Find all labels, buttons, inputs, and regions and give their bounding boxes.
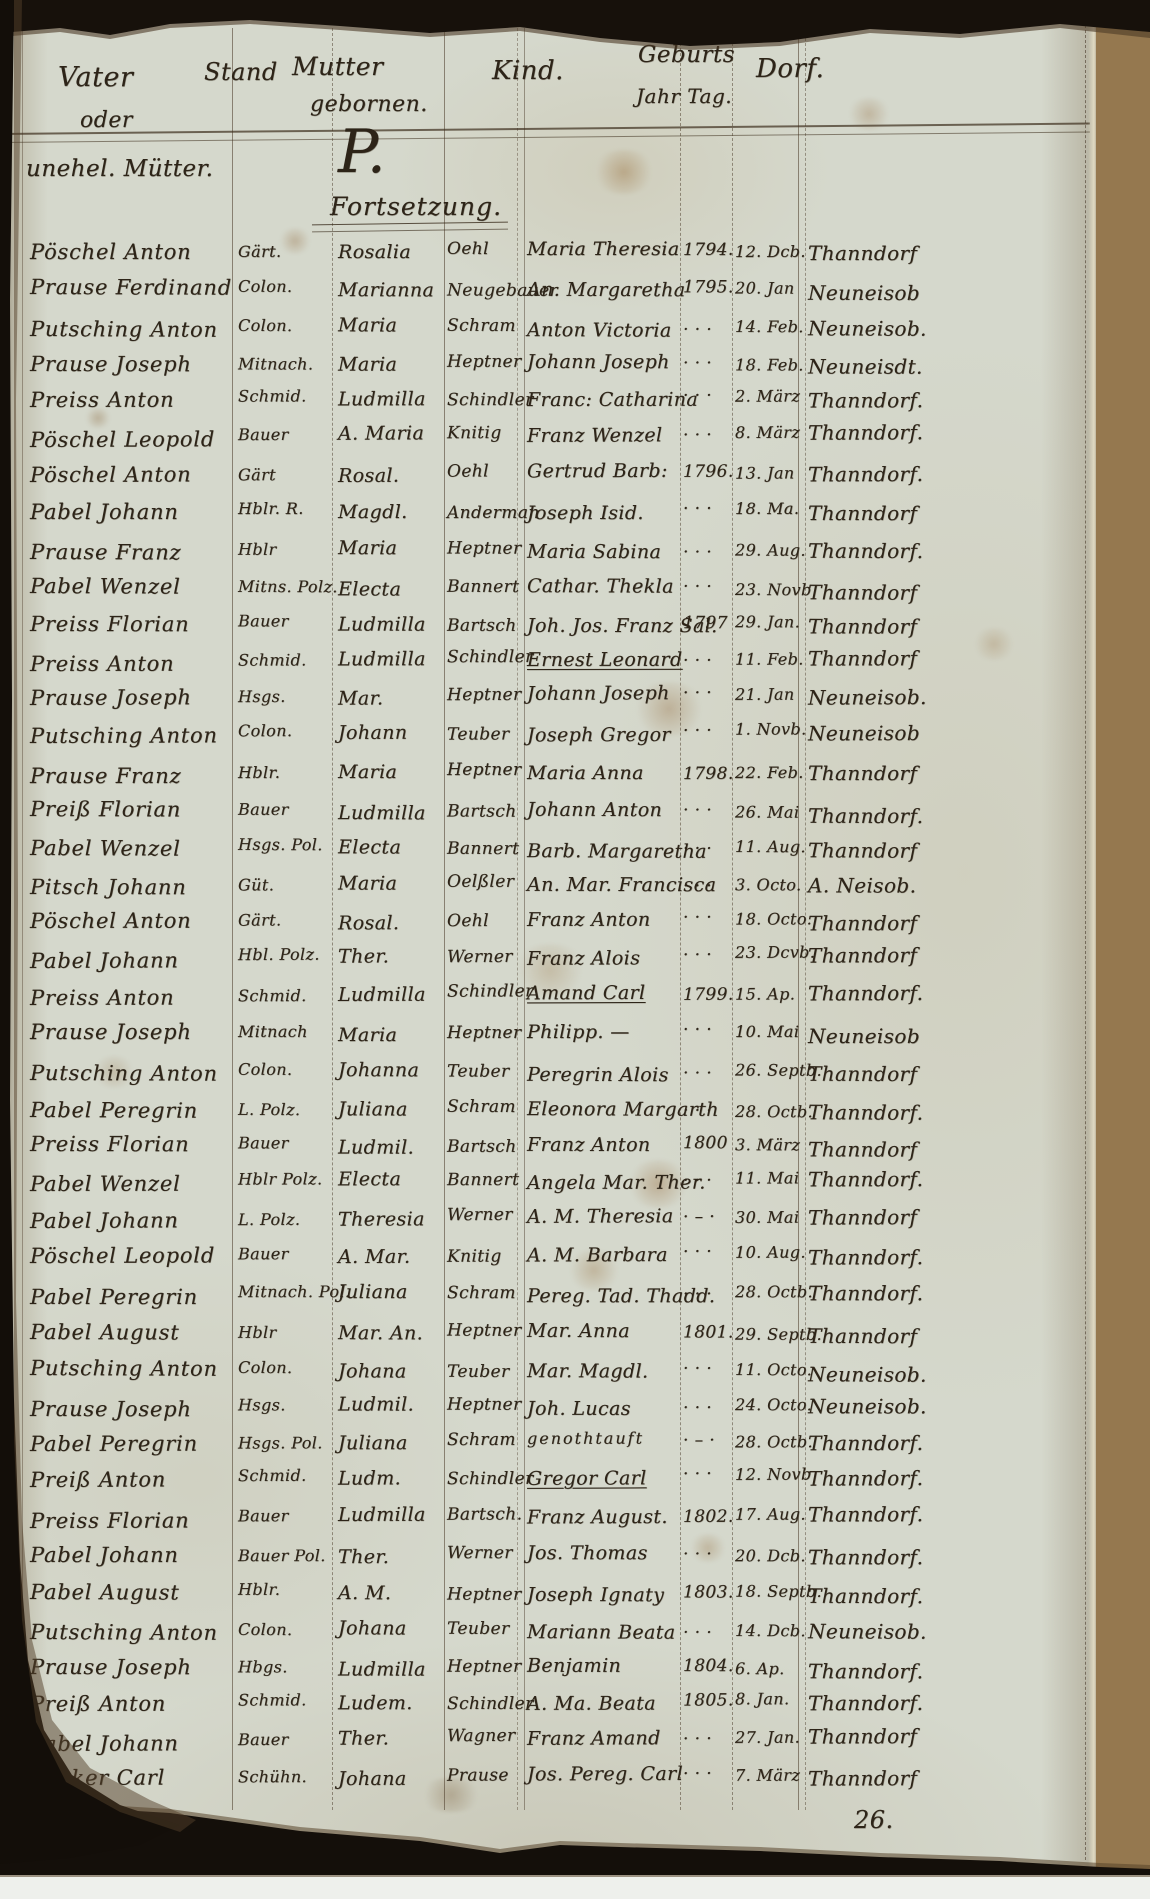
cell-kind: Mar. Magdl. <box>527 1360 649 1383</box>
register-page-scan: Vater oder Stand Mutter gebornen. Kind. … <box>0 0 1150 1899</box>
table-row: Preiss FlorianBauerLudmil.BartschFranz A… <box>0 1130 1090 1170</box>
cell-vater: Putsching Anton <box>30 1356 218 1381</box>
cell-mutter-surname: Bannert <box>447 577 519 597</box>
cell-dorf: Thanndorf. <box>808 1168 923 1192</box>
cell-stand: Bauer <box>238 1730 289 1749</box>
cell-mutter-name: Magdl. <box>338 501 408 523</box>
cell-dorf: Thanndorf. <box>808 981 923 1005</box>
cell-birth-year: · · · <box>683 1729 712 1749</box>
table-row: Pabel JohannHblr. R.Magdl.AndermanJoseph… <box>0 497 1090 535</box>
cell-birth-day: 6. Ap. <box>735 1658 785 1677</box>
cell-dorf: Thanndorf. <box>808 1244 923 1268</box>
cell-birth-year: · · · <box>683 650 712 670</box>
table-row: Pabel WenzelHsgs. Pol.ElectaBannertBarb.… <box>0 832 1090 875</box>
cell-kind: Barb. Margaretha <box>527 840 707 863</box>
cell-mutter-name: Johanna <box>338 1059 419 1081</box>
cell-birth-day: 11. Feb. <box>735 649 804 668</box>
table-row: Prause JosephMitnachMariaHeptnerPhilipp.… <box>0 1018 1090 1056</box>
table-row: Prause FerdinandColon.MariannaNeugebauer… <box>0 273 1090 315</box>
cell-mutter-surname: Anderman <box>447 503 540 523</box>
table-row: Putsching AntonColon.JohanaTeuberMariann… <box>0 1614 1090 1657</box>
cell-dorf: Neuneisob. <box>808 1620 927 1644</box>
cell-kind: Benjamin <box>527 1654 621 1676</box>
cell-birth-year: · · · <box>683 319 712 339</box>
cell-kind: Jos. Thomas <box>527 1542 648 1564</box>
cell-dorf: Thanndorf. <box>808 388 923 412</box>
cell-vater: Prause Joseph <box>30 1397 192 1421</box>
cell-vater: Prause Franz <box>30 540 182 565</box>
table-row: Pabel JohannBauer Pol.Ther.WernerJos. Th… <box>0 1540 1090 1578</box>
cell-stand: Hbgs. <box>238 1657 288 1676</box>
cell-stand: Bauer Pol. <box>238 1545 326 1564</box>
cell-dorf: Thanndorf <box>808 760 917 784</box>
book-fore-edge <box>1096 0 1150 1899</box>
cell-dorf: Neuneisob. <box>808 685 927 710</box>
cell-dorf: Neuneisob <box>808 1024 920 1048</box>
cell-dorf: Thanndorf <box>808 1324 917 1348</box>
cell-mutter-name: Ther. <box>338 945 389 967</box>
cell-birth-year: · · · <box>683 683 712 703</box>
cell-vater: Prause Joseph <box>30 351 192 375</box>
cell-mutter-name: Electa <box>338 578 401 600</box>
cell-kind: Johann Joseph <box>527 351 670 373</box>
cell-vater: Putsching Anton <box>30 1061 218 1086</box>
cell-birth-year: · · · <box>683 577 712 597</box>
cell-birth-day: 18. Octo. <box>735 909 812 928</box>
cell-stand: Schmid. <box>238 1466 307 1485</box>
table-row: Putsching AntonColon.JohannaTeuberPeregr… <box>0 1055 1090 1097</box>
cell-birth-year: · · · <box>683 1544 712 1564</box>
cell-mutter-surname: Heptner <box>447 760 522 780</box>
cell-stand: Schmid. <box>238 1690 307 1709</box>
cell-mutter-surname: Oehl <box>447 911 489 931</box>
cell-birth-day: 7. März <box>735 1766 800 1785</box>
cell-vater: Pöschel Anton <box>30 908 192 932</box>
cell-vater: Preiß Anton <box>30 1467 166 1492</box>
cell-mutter-name: Maria <box>338 1024 397 1046</box>
cell-vater: Preiss Florian <box>30 612 190 636</box>
cell-kind: Franz Anton <box>527 908 651 930</box>
cell-stand: Colon. <box>238 1059 292 1078</box>
cell-mutter-name: Johana <box>338 1360 407 1382</box>
cell-kind: Joseph Gregor <box>527 724 671 746</box>
cell-dorf: Thanndorf <box>808 1724 917 1748</box>
cell-birth-day: 15. Ap. <box>735 984 795 1003</box>
cell-mutter-surname: Heptner <box>447 1656 522 1676</box>
cell-mutter-surname: Teuber <box>447 724 510 744</box>
table-row: Prause JosephHsgs.Mar.HeptnerJohann Jose… <box>0 678 1090 721</box>
cell-mutter-surname: Schindler <box>447 1469 534 1489</box>
cell-dorf: Neuneisob. <box>808 316 927 340</box>
cell-mutter-surname: Bannert <box>447 1170 519 1190</box>
cell-vater: Preiss Florian <box>30 1508 190 1533</box>
cell-birth-day: 29. Jan. <box>735 612 800 631</box>
cell-vater: Preiss Anton <box>30 651 174 675</box>
cell-birth-year: · · · <box>683 499 712 519</box>
cell-birth-year: · · · <box>683 721 712 741</box>
cell-birth-day: 26. Mai <box>735 802 799 821</box>
cell-birth-day: 3. Octo. <box>735 876 802 895</box>
cell-birth-year: 1801. <box>683 1323 734 1343</box>
cell-mutter-name: Rosalia <box>338 241 411 263</box>
cell-birth-year: 1804. <box>683 1656 734 1676</box>
cell-mutter-surname: Bannert <box>447 839 519 859</box>
table-row: Peuker CarlSchühn.JohanaPrauseJos. Pereg… <box>0 1760 1090 1801</box>
cell-birth-year: · · · <box>683 945 712 965</box>
cell-mutter-surname: Werner <box>447 946 513 966</box>
cell-birth-year: · – · <box>683 1206 715 1226</box>
cell-dorf: Neuneisdt. <box>808 354 923 378</box>
cell-stand: Colon. <box>238 1357 293 1376</box>
cell-mutter-name: Ludmilla <box>338 389 426 411</box>
cell-mutter-surname: Schindler <box>447 1693 534 1713</box>
table-row: Preiss FlorianBauerLudmillaBartschJoh. J… <box>0 608 1090 648</box>
cell-mutter-surname: Werner <box>447 1543 513 1563</box>
cell-birth-year: · – · <box>683 1430 715 1450</box>
cell-stand: Mitnach. Pol. <box>238 1282 350 1301</box>
cell-mutter-name: Ther. <box>338 1545 389 1567</box>
cell-birth-year: · · · <box>683 800 712 820</box>
cell-mutter-surname: Oelßler <box>447 872 514 892</box>
cell-birth-year: · · · <box>683 542 712 562</box>
cell-vater: Pöschel Leopold <box>30 1243 215 1268</box>
cell-stand: Schmid. <box>238 986 307 1005</box>
cell-mutter-name: Electa <box>338 1169 401 1191</box>
cell-vater: Prause Joseph <box>30 1654 192 1678</box>
cell-dorf: Thanndorf <box>808 911 917 935</box>
cell-stand: Hblr. <box>238 763 280 782</box>
table-row: Preiss AntonSchmid.LudmillaSchindlerFran… <box>0 383 1090 423</box>
cell-birth-day: 11. Octo. <box>735 1359 812 1378</box>
cell-mutter-name: Juliana <box>338 1433 408 1455</box>
cell-mutter-name: Johana <box>338 1768 407 1790</box>
cell-mutter-name: Mar. An. <box>338 1322 423 1344</box>
cell-birth-year: · · · <box>683 1021 712 1041</box>
cell-dorf: Thanndorf <box>808 646 917 670</box>
cell-birth-year: 1797 <box>683 613 728 633</box>
cell-kind: Joseph Isid. <box>527 502 644 524</box>
cell-dorf: Thanndorf <box>808 501 917 525</box>
cell-mutter-name: A. Maria <box>338 423 424 445</box>
cell-stand: Schmid. <box>238 387 307 406</box>
cell-birth-year: · · · <box>683 1764 712 1784</box>
cell-vater: Prause Joseph <box>30 1020 192 1044</box>
cell-birth-day: 8. Jan. <box>735 1689 790 1708</box>
cell-birth-day: 17. Aug. <box>735 1504 806 1523</box>
cell-stand: Bauer <box>238 1134 289 1153</box>
cell-mutter-name: Theresia <box>338 1207 425 1229</box>
cell-mutter-name: Mar. <box>338 687 384 709</box>
cell-vater: Pöschel Leopold <box>30 428 215 453</box>
cell-vater: Pabel Peregrin <box>30 1431 198 1455</box>
cell-mutter-surname: Knitig <box>447 1246 502 1266</box>
cell-stand: Hblr <box>238 539 277 558</box>
cell-vater: Pabel Wenzel <box>30 836 181 861</box>
cell-mutter-surname: Heptner <box>447 1395 522 1415</box>
cell-vater: Pabel Johann <box>30 948 179 973</box>
cell-birth-year: · · · <box>683 425 712 445</box>
cell-stand: Colon. <box>238 721 292 740</box>
table-row: Pabel PeregrinMitnach. Pol.JulianaSchram… <box>0 1279 1090 1317</box>
cell-kind: A. Ma. Beata <box>527 1693 656 1715</box>
cell-stand: L. Polz. <box>238 1100 300 1119</box>
cell-vater: Peuker Carl <box>30 1765 165 1789</box>
table-row: Pabel PeregrinHsgs. Pol.JulianaSchramgen… <box>0 1426 1090 1466</box>
cell-stand: Schmid. <box>238 650 307 669</box>
cell-vater: Pabel Peregrin <box>30 1098 198 1123</box>
cell-kind: Angela Mar. Ther. <box>527 1172 706 1194</box>
cell-mutter-surname: Heptner <box>447 1584 522 1604</box>
cell-birth-year: · · · <box>683 1242 712 1262</box>
cell-birth-day: 22. Feb. <box>735 763 804 782</box>
table-row: Pabel AugustHblr.A. M.HeptnerJoseph Igna… <box>0 1577 1090 1619</box>
cell-vater: Pöschel Anton <box>30 462 192 487</box>
cell-mutter-surname: Bartsch. <box>447 1504 522 1524</box>
cell-birth-year: 1794. <box>683 240 734 260</box>
cell-birth-year: · · · <box>683 1397 712 1417</box>
cell-mutter-name: Ludmilla <box>338 648 426 670</box>
cell-birth-day: 30. Mai <box>735 1207 799 1226</box>
cell-birth-day: 18. Feb. <box>735 355 804 374</box>
cell-mutter-name: Johann <box>338 722 408 744</box>
cell-stand: Hbl. Polz. <box>238 945 320 964</box>
cell-kind: Cathar. Thekla <box>527 575 674 598</box>
table-row: Pabel PeregrinL. Polz.JulianaSchramEleon… <box>0 1093 1090 1136</box>
cell-kind: Franz Wenzel <box>527 425 663 448</box>
cell-vater: Pabel August <box>30 1580 180 1605</box>
cell-mutter-surname: Schram <box>447 1097 516 1117</box>
page-number: 26. <box>854 1806 894 1834</box>
cell-vater: Pitsch Johann <box>30 875 187 899</box>
table-row: Prause FranzHblr.MariaHeptnerMaria Anna1… <box>0 757 1090 795</box>
cell-mutter-surname: Bartsch <box>447 1136 517 1156</box>
table-row: Pabel WenzelHblr Polz.ElectaBannertAngel… <box>0 1165 1090 1205</box>
cell-stand: Bauer <box>238 800 289 819</box>
cell-mutter-name: Maria <box>338 314 397 336</box>
cell-stand: Hsgs. Pol. <box>238 1433 323 1452</box>
cell-stand: Hblr Polz. <box>238 1170 322 1189</box>
cell-birth-day: 21. Jan <box>735 685 795 704</box>
cell-birth-day: 23. Novb <box>735 580 812 599</box>
cell-mutter-surname: Schindler <box>447 390 534 410</box>
cell-dorf: Thanndorf. <box>808 1466 923 1491</box>
cell-stand: Bauer <box>238 611 289 630</box>
cell-mutter-name: Juliana <box>338 1098 408 1120</box>
table-row: Prause FranzHblrMariaHeptnerMaria Sabina… <box>0 534 1090 576</box>
cell-kind: Franz August. <box>527 1506 668 1528</box>
cell-birth-year: 1803. <box>683 1582 734 1602</box>
cell-mutter-surname: Oehl <box>447 239 489 259</box>
cell-birth-day: 13. Jan <box>735 463 795 482</box>
cell-vater: Pabel Peregrin <box>30 1285 198 1309</box>
cell-birth-year: 1805. <box>683 1690 734 1710</box>
cell-birth-year: 1796. <box>683 461 734 481</box>
table-row: Pabel WenzelMitns. Polz.ElectaBannertCat… <box>0 571 1090 614</box>
cell-dorf: Thanndorf. <box>808 462 923 486</box>
cell-stand: L. Polz. <box>238 1209 300 1228</box>
table-row: Pitsch JohannGüt.MariaOelßlerAn. Mar. Fr… <box>0 869 1090 909</box>
cell-kind: Ernest Leonard <box>527 649 683 671</box>
cell-birth-day: 8. März <box>735 423 800 442</box>
cell-mutter-surname: Heptner <box>447 685 522 705</box>
cell-kind: Amand Carl <box>527 982 646 1004</box>
cell-kind: Johann Anton <box>527 799 662 821</box>
cell-stand: Colon. <box>238 1620 293 1639</box>
cell-dorf: Neuneisob <box>808 721 920 745</box>
cell-birth-day: 28. Octb. <box>735 1102 813 1121</box>
cell-kind: Franc: Catharina <box>527 388 698 410</box>
cell-vater: Preiß Florian <box>30 797 181 822</box>
cell-mutter-name: Ludmilla <box>338 1658 426 1680</box>
cell-vater: Pabel Johann <box>30 500 179 524</box>
table-row: Pöschel LeopoldBauerA. MariaKnitigFranz … <box>0 418 1090 461</box>
cell-birth-day: 14. Dcb. <box>735 1621 806 1640</box>
cell-birth-day: 20. Jan <box>735 279 795 298</box>
cell-vater: Preiss Florian <box>30 1132 190 1156</box>
cell-dorf: Thanndorf. <box>808 1658 923 1682</box>
cell-mutter-name: Ludmilla <box>338 983 426 1005</box>
cell-mutter-name: A. M. <box>338 1582 391 1604</box>
cell-birth-year: · · · <box>683 876 712 896</box>
cell-mutter-surname: Heptner <box>447 1320 522 1340</box>
cell-birth-day: 10. Mai <box>735 1022 799 1041</box>
table-row: Putsching AntonColon.JohannTeuberJoseph … <box>0 717 1090 759</box>
table-row: Pabel JohannHbl. Polz.Ther.WernerFranz A… <box>0 939 1090 982</box>
cell-kind: Franz Alois <box>527 947 640 969</box>
table-row: Prause JosephHsgs.Ludmil.HeptnerJoh. Luc… <box>0 1391 1090 1431</box>
table-row: Preiss AntonSchmid.LudmillaSchindlerErne… <box>0 644 1090 684</box>
cell-mutter-name: Ludmilla <box>338 613 426 635</box>
cell-birth-year: 1802. <box>683 1506 734 1526</box>
cell-stand: Hsgs. Pol. <box>238 835 323 854</box>
cell-kind: Franz Amand <box>527 1728 661 1751</box>
cell-dorf: Thanndorf. <box>808 804 923 828</box>
cell-birth-year: · · · <box>683 907 712 927</box>
cell-dorf: Thanndorf. <box>808 1545 923 1569</box>
cell-stand: Mitnach <box>238 1022 308 1041</box>
cell-vater: Pabel Johann <box>30 1731 179 1756</box>
cell-mutter-surname: Heptner <box>447 352 522 372</box>
cell-birth-year: 1795. <box>683 278 734 298</box>
cell-mutter-surname: Schindler <box>447 647 534 667</box>
cell-mutter-surname: Bartsch <box>447 615 517 635</box>
cell-dorf: Thanndorf <box>808 1061 917 1085</box>
table-row: Preiss AntonSchmid.LudmillaSchindlerAman… <box>0 977 1090 1019</box>
cell-mutter-surname: Schram <box>447 1283 516 1303</box>
cell-vater: Prause Franz <box>30 763 181 787</box>
cell-dorf: Thanndorf. <box>808 1584 923 1608</box>
cell-kind: Gertrud Barb: <box>527 459 668 481</box>
cell-kind: Gregor Carl <box>527 1467 647 1490</box>
cell-mutter-name: Ludmil. <box>338 1136 414 1158</box>
cell-mutter-surname: Bartsch <box>447 801 517 821</box>
cell-dorf: Thanndorf. <box>808 421 923 445</box>
cell-birth-day: 14. Feb. <box>735 317 804 336</box>
cell-birth-year: · · · <box>683 386 712 406</box>
cell-mutter-name: Maria <box>338 761 397 783</box>
cell-mutter-name: Maria <box>338 873 397 895</box>
table-row: Prause JosephMitnach.MariaHeptnerJohann … <box>0 348 1090 388</box>
cell-birth-year: 1800 <box>683 1133 728 1153</box>
cell-vater: Preiss Anton <box>30 986 175 1010</box>
cell-kind: Anton Victoria <box>527 318 672 341</box>
cell-birth-year: · · · <box>683 839 712 859</box>
cell-vater: Pabel Johann <box>30 1208 179 1233</box>
cell-mutter-surname: Knitig <box>447 423 502 443</box>
table-row: Preiß AntonSchmid.Ludm.SchindlerGregor C… <box>0 1461 1090 1504</box>
table-row: Prause JosephHbgs.LudmillaHeptnerBenjami… <box>0 1651 1090 1691</box>
cell-dorf: Thanndorf. <box>808 1281 923 1305</box>
cell-dorf: Thanndorf <box>808 614 917 638</box>
cell-birth-day: 28. Octb. <box>735 1282 813 1301</box>
cell-stand: Mitnach. <box>238 354 313 373</box>
cell-mutter-name: Marianna <box>338 279 434 301</box>
cell-dorf: Thanndorf <box>808 241 917 265</box>
cell-birth-year: · · · <box>683 1465 712 1485</box>
cell-birth-day: 18. Ma. <box>735 499 799 518</box>
cell-dorf: Thanndorf <box>808 1766 917 1790</box>
cell-dorf: Thanndorf <box>808 580 917 604</box>
cell-stand: Bauer <box>238 1244 289 1263</box>
cell-mutter-name: Rosal. <box>338 464 399 486</box>
cell-stand: Colon. <box>238 315 293 334</box>
table-row: Putsching AntonColon.MariaSchramAnton Vi… <box>0 310 1090 353</box>
cell-mutter-name: Ludem. <box>338 1692 413 1714</box>
cell-vater: Pabel August <box>30 1320 180 1345</box>
cell-kind: Maria Theresia <box>527 238 680 260</box>
cell-stand: Schühn. <box>238 1767 307 1786</box>
cell-mutter-surname: Teuber <box>447 1061 510 1081</box>
cell-mutter-surname: Wagner <box>447 1726 516 1746</box>
cell-stand: Hsgs. <box>238 1395 286 1414</box>
cell-dorf: Thanndorf <box>808 943 917 967</box>
cell-dorf: Thanndorf <box>808 1205 917 1229</box>
cell-mutter-name: Rosal. <box>338 912 399 934</box>
cell-vater: Pabel Johann <box>30 1543 179 1567</box>
cell-birth-day: 12. Novb <box>735 1464 812 1483</box>
cell-mutter-name: Ludmil. <box>338 1393 414 1415</box>
cell-birth-day: 1. Novb. <box>735 720 807 739</box>
cell-dorf: Thanndorf <box>808 838 917 862</box>
cell-kind: Joh. Lucas <box>527 1397 631 1419</box>
cell-stand: Hsgs. <box>238 687 286 706</box>
cell-mutter-name: Ludmilla <box>338 802 426 824</box>
cell-stand: Mitns. Polz. <box>238 577 338 596</box>
cell-dorf: Neuneisob. <box>808 1394 927 1418</box>
cell-dorf: Thanndorf. <box>808 1431 923 1455</box>
cell-dorf: A. Neisob. <box>808 874 916 898</box>
cell-kind: Mar. Anna <box>527 1320 630 1342</box>
cell-stand: Gärt. <box>238 242 281 261</box>
cell-vater: Putsching Anton <box>30 723 218 748</box>
cell-mutter-name: Ludm. <box>338 1468 401 1490</box>
cell-mutter-name: Ther. <box>338 1727 389 1749</box>
cell-kind: An. Margaretha <box>527 279 686 302</box>
table-row: Preiss FlorianBauerLudmillaBartsch.Franz… <box>0 1499 1090 1540</box>
cell-birth-year: · · · <box>683 1101 712 1121</box>
cell-birth-day: 27. Jan. <box>735 1727 800 1746</box>
cell-vater: Preiß Anton <box>30 1692 166 1716</box>
cell-mutter-name: Maria <box>338 354 397 376</box>
cell-kind: Joseph Ignaty <box>527 1584 664 1607</box>
cell-mutter-surname: Heptner <box>447 538 522 558</box>
cell-mutter-name: Juliana <box>338 1281 408 1303</box>
cell-kind: Mariann Beata <box>527 1621 676 1644</box>
cell-birth-day: 28. Octb. <box>735 1432 813 1451</box>
cell-mutter-surname: Teuber <box>447 1361 510 1381</box>
cell-dorf: Thanndorf. <box>808 1100 923 1124</box>
cell-mutter-name: Johana <box>338 1618 407 1640</box>
